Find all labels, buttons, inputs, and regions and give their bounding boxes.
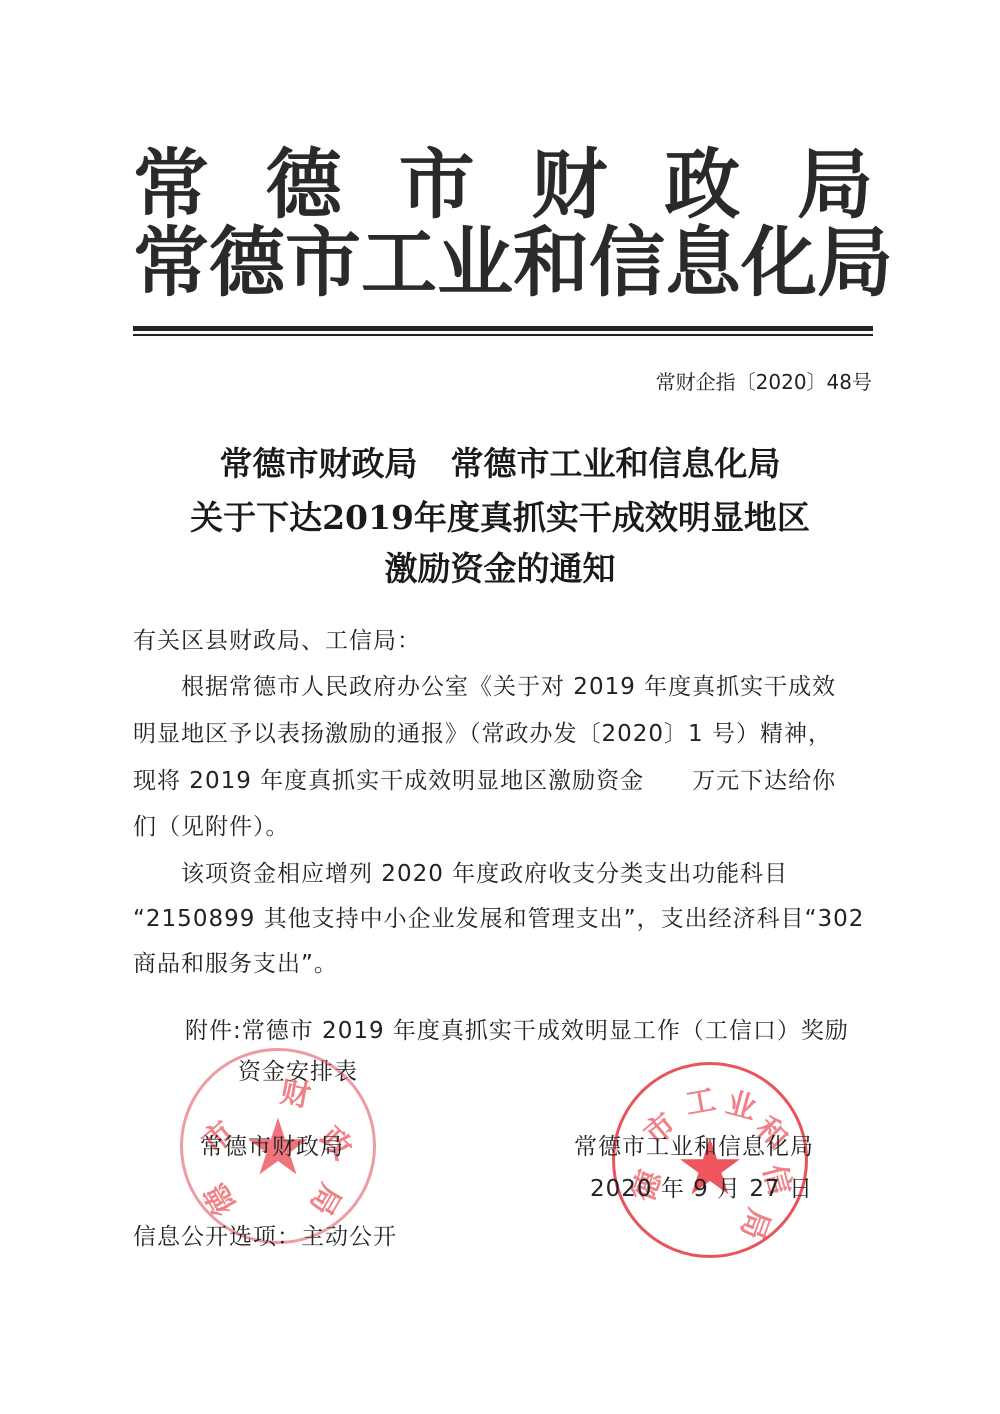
disclosure-option: 信息公开选项：主动公开 bbox=[133, 1218, 397, 1251]
header-char: 常 bbox=[133, 218, 209, 308]
signature-finance-bureau: 常德市财政局 bbox=[200, 1128, 344, 1161]
header-char: 信 bbox=[589, 218, 665, 308]
paragraph-1-line: 们（见附件）。 bbox=[133, 808, 290, 841]
paragraph-2-line: 该项资金相应增列 2020 年度政府收支分类支出功能科目 bbox=[133, 855, 788, 888]
seal-char: 工 bbox=[681, 1075, 718, 1124]
paragraph-1-line: 明显地区予以表扬激励的通报》（常政办发〔2020〕1 号）精神， bbox=[133, 715, 832, 748]
header-char: 市 bbox=[399, 140, 475, 230]
document-number: 常财企指〔2020〕48号 bbox=[656, 366, 872, 395]
header-char: 德 bbox=[266, 140, 342, 230]
header-char: 财 bbox=[531, 140, 607, 230]
paragraph-1-line: 根据常德市人民政府办公室《关于对 2019 年度真抓实干成效 bbox=[133, 668, 836, 701]
paragraph-2-line: 商品和服务支出”。 bbox=[133, 945, 338, 978]
header-rule-thick bbox=[133, 326, 873, 331]
issuer-header-finance: 常 德 市 财 政 局 bbox=[133, 140, 873, 230]
header-char: 常 bbox=[133, 140, 209, 230]
header-char: 局 bbox=[817, 218, 893, 308]
header-char: 化 bbox=[741, 218, 817, 308]
document-title-line-3: 激励资金的通知 bbox=[0, 543, 1000, 590]
header-char: 和 bbox=[513, 218, 589, 308]
attachment-line: 附件:常德市 2019 年度真抓实干成效明显工作（工信口）奖励 bbox=[185, 1012, 849, 1045]
header-char: 政 bbox=[664, 140, 740, 230]
header-char: 市 bbox=[285, 218, 361, 308]
signature-industry-bureau: 常德市工业和信息化局 bbox=[574, 1128, 814, 1161]
header-char: 德 bbox=[209, 218, 285, 308]
header-rule-thin bbox=[133, 334, 873, 336]
seal-char: 业 bbox=[722, 1078, 762, 1128]
header-char: 息 bbox=[665, 218, 741, 308]
header-char: 工 bbox=[361, 218, 437, 308]
paragraph-1-line: 现将 2019 年度真抓实干成效明显地区激励资金 万元下达给你 bbox=[133, 762, 836, 795]
issuer-header-industry: 常 德 市 工 业 和 信 息 化 局 bbox=[133, 218, 873, 308]
document-title-line-2: 关于下达2019年度真抓实干成效明显地区 bbox=[0, 492, 1000, 539]
issue-date: 2020 年 9 月 27 日 bbox=[590, 1170, 813, 1203]
document-title-line-1: 常德市财政局 常德市工业和信息化局 bbox=[0, 438, 1000, 485]
header-char: 局 bbox=[797, 140, 873, 230]
header-char: 业 bbox=[437, 218, 513, 308]
paragraph-2-line: “2150899 其他支持中小企业发展和管理支出”，支出经济科目“302 bbox=[133, 900, 864, 933]
salutation: 有关区县财政局、工信局： bbox=[133, 622, 421, 655]
